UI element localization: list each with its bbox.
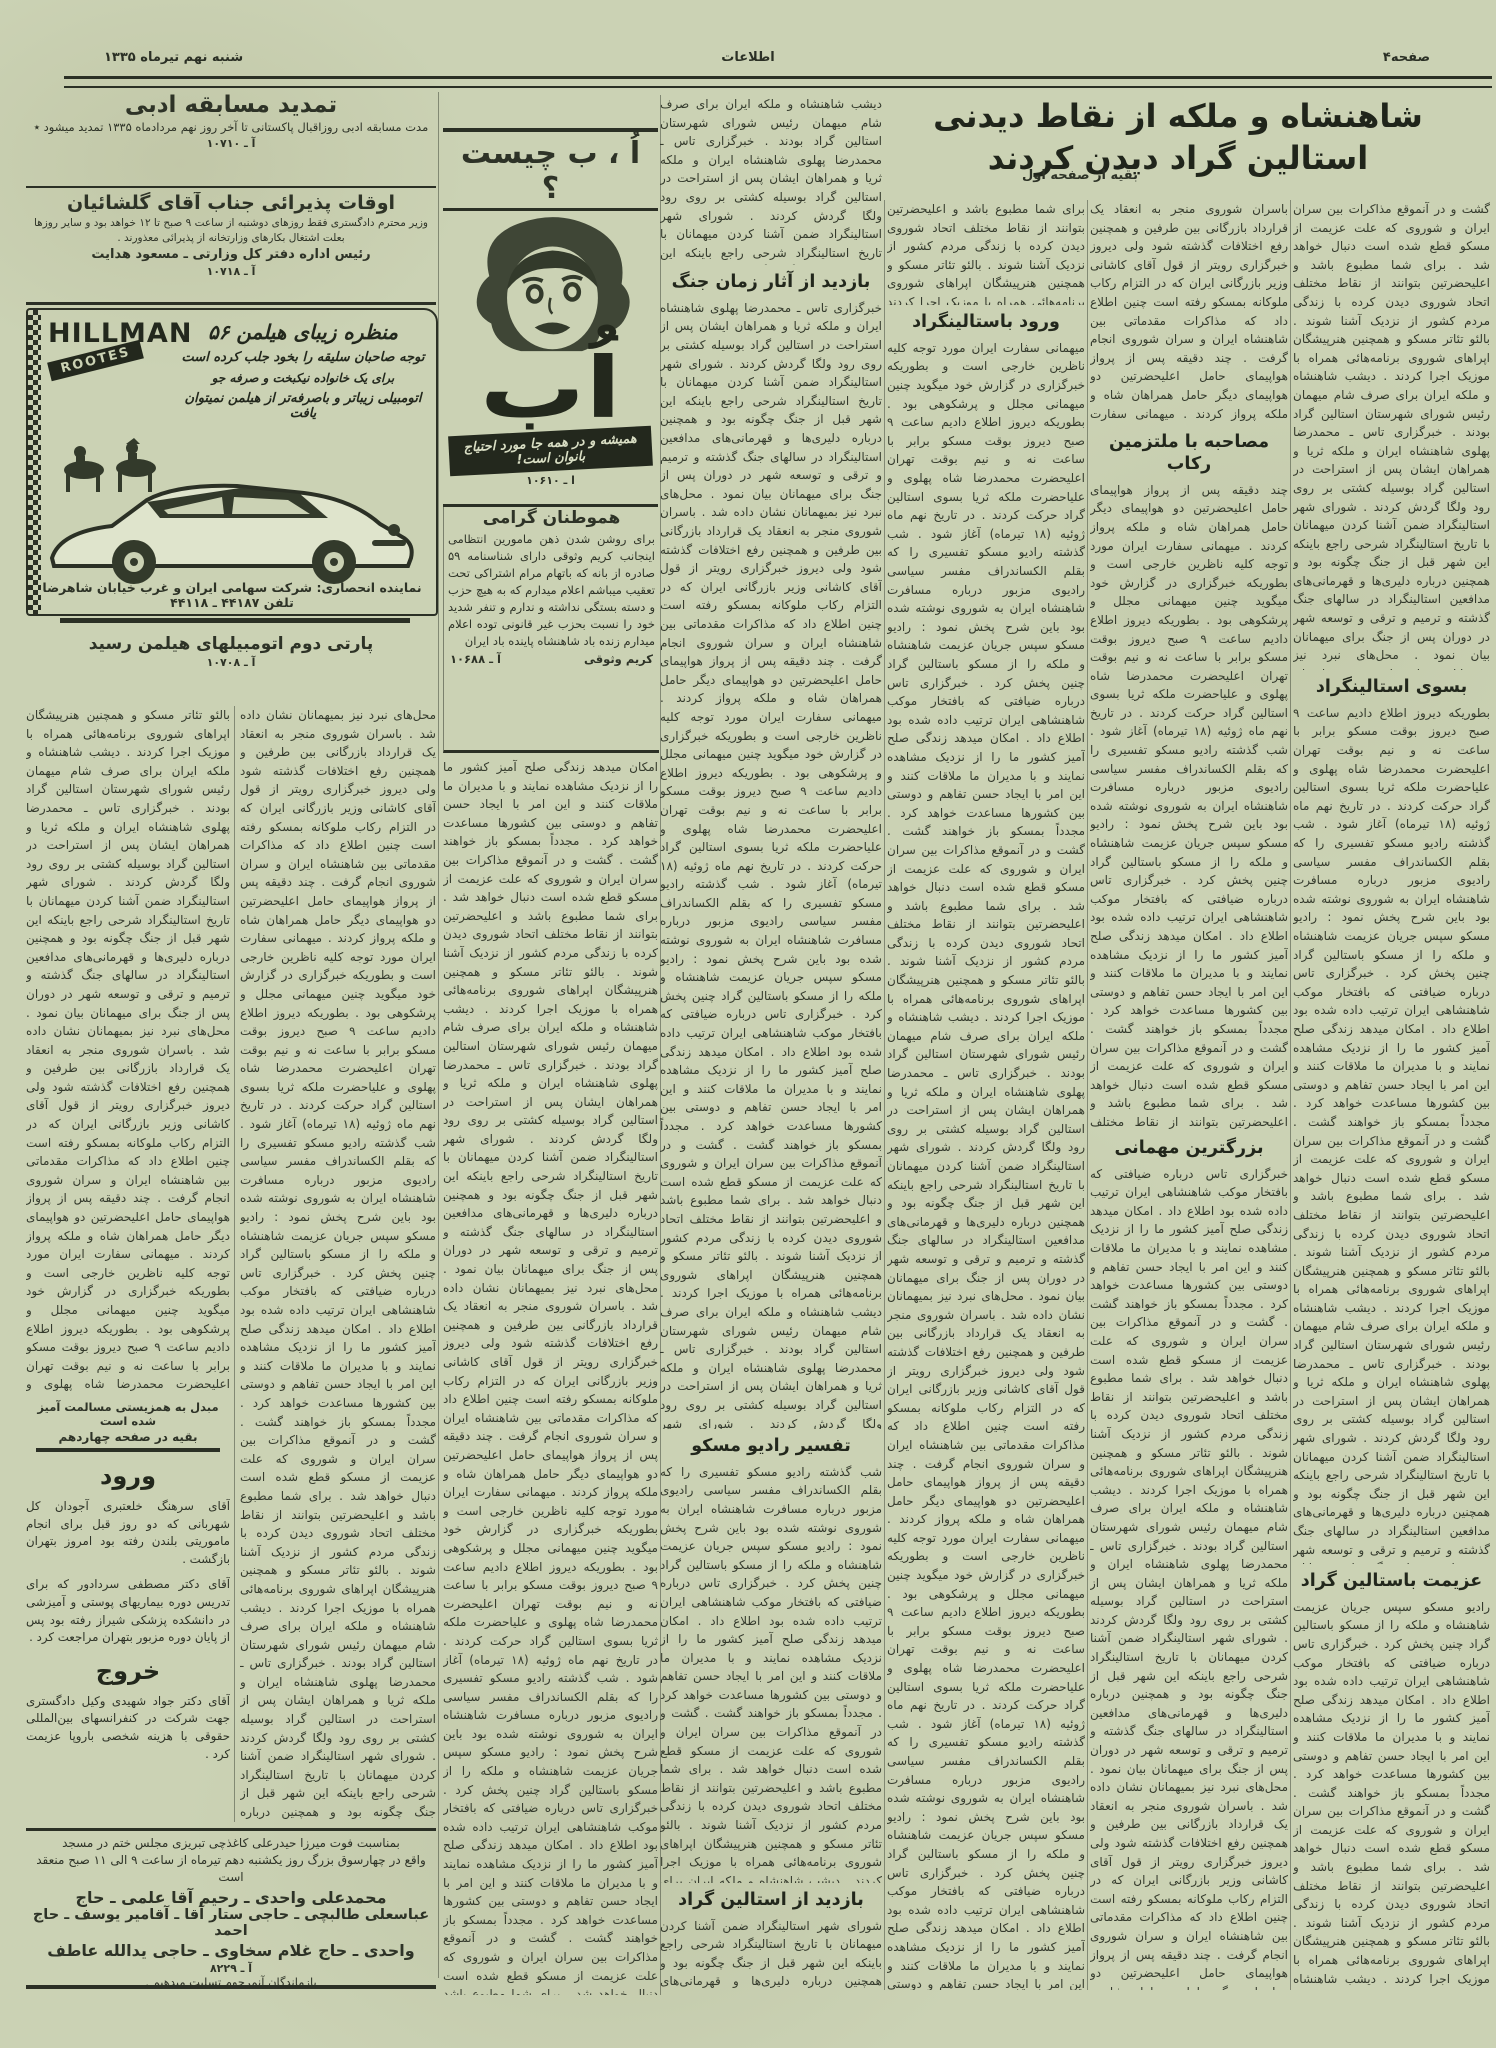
hillman-agent-line: نماینده انحصاری: شرکت سهامی ایران و غرب … bbox=[28, 580, 436, 610]
article-text: باسران شوروی منجر به انعقاد یک قرارداد ب… bbox=[1090, 200, 1288, 425]
departure-item: آقای دکتر جواد شهیدی وکیل دادگستری جهت ش… bbox=[26, 1693, 230, 1763]
obituary-names: عباسعلی طالبچی ـ حاجی ستار آقا ـ آقامیر … bbox=[26, 1907, 436, 1939]
article-text: برای شما مطبوع باشد و اعلیحضرتین بتوانند… bbox=[887, 200, 1085, 305]
article-text: گشت و در آنموقع مذاکرات بین سران ایران و… bbox=[1293, 200, 1490, 670]
section-heading-interview-entourage: مصاحبه با ملتزمین رکاب bbox=[1090, 432, 1288, 476]
article-text: شورای شهر استالینگراد ضمن آشنا کردن میهم… bbox=[660, 1917, 882, 1993]
obituary-line: واقع در چهارسوق بزرگ روز یکشنبه دهم تیرم… bbox=[26, 1852, 436, 1886]
article-text: دیشب شاهنشاه و ملکه ایران برای صرف شام م… bbox=[660, 95, 882, 265]
left-column-with-arrivals: بالئو تئاتر مسکو و همچنین هنرپیشگان اپرا… bbox=[26, 706, 230, 1822]
notice-signature: کریم وثوقی bbox=[584, 652, 653, 666]
left-column-text: بالئو تئاتر مسکو و همچنین هنرپیشگان اپرا… bbox=[26, 706, 230, 1396]
hillman-second-notice: پارتی دوم اتومبیلهای هیلمن رسید آ ـ ۱۰۷۰… bbox=[26, 634, 436, 698]
article-text: بطوریکه دیروز اطلاع دادیم ساعت ۹ صبح دیر… bbox=[1293, 704, 1490, 1564]
article-column-1: گشت و در آنموقع مذاکرات بین سران ایران و… bbox=[1293, 200, 1490, 1990]
reception-body: وزیر محترم دادگستری فقط روزهای دوشنبه از… bbox=[26, 216, 436, 246]
section-heading-radio-commentary: تفسیر رادیو مسکو bbox=[660, 1436, 882, 1458]
compatriots-notice: هموطنان گرامی برای روشن شدن ذهن مامورین … bbox=[443, 506, 659, 753]
article-column-3: برای شما مطبوع باشد و اعلیحضرتین بتوانند… bbox=[887, 200, 1085, 1990]
article-column-2: باسران شوروی منجر به انعقاد یک قرارداد ب… bbox=[1090, 200, 1288, 1990]
obituary-closing: بازماندگان آنمرحوم تسلیت میدهیم . bbox=[26, 1975, 436, 1989]
hillman-car-illustration bbox=[42, 466, 422, 584]
notice-body: برای روشن شدن ذهن مامورین انتظامی اینجان… bbox=[444, 531, 659, 650]
ob-ad-code: ا ـ ۱۰۶۱۰ bbox=[443, 474, 658, 487]
literary-contest-code: آ ـ ۱۰۷۱۰ bbox=[26, 137, 436, 150]
departures-heading: خروج bbox=[26, 1657, 230, 1685]
divider-rule bbox=[36, 1448, 220, 1452]
obituary-line: بمناسبت فوت میرزا حیدرعلی کاغذچی تبریزی … bbox=[26, 1835, 436, 1852]
article-text: خبرگزاری تاس ـ محمدرضا پهلوی شاهنشاه ایر… bbox=[660, 299, 882, 1429]
hillman-advertisement: HILLMAN ROOTES منظره زیبای هیلمن ۵۶ توجه… bbox=[26, 308, 438, 616]
obituary-notice: بمناسبت فوت میرزا حیدرعلی کاغذچی تبریزی … bbox=[26, 1828, 436, 1989]
article-text: امکان میدهد زندگی صلح آمیز کشور ما را از… bbox=[443, 758, 658, 1995]
issue-date: شنبه نهم تیرماه ۱۳۳۵ bbox=[104, 50, 243, 65]
column-rule bbox=[1087, 200, 1088, 1990]
reception-signature: رئیس اداره دفتر کل وزارتی ـ مسعود هدایت bbox=[26, 247, 436, 262]
main-headline: شاهنشاه و ملکه از نقاط دیدنی استالین گرا… bbox=[868, 96, 1488, 179]
article-text: رادیو مسکو سپس جریان عزیمت شاهنشاه و ملک… bbox=[1293, 1598, 1490, 1990]
section-heading-arrival-stalingrad: ورود باستالینگراد bbox=[887, 312, 1085, 334]
ob-ad-slogan: همیشه و در همه جا مورد احتیاج بانوان است… bbox=[448, 425, 653, 476]
hillman-slogan-3: برای یک خانواده نیکبخت و صرفه جو bbox=[178, 371, 428, 385]
notice-title: هموطنان گرامی bbox=[444, 508, 659, 528]
arrival-item: آقای دکتر مصطفی سردادور که برای تدریس دو… bbox=[26, 1576, 230, 1646]
article-text: شب گذشته رادیو مسکو تفسیری را که بقلم ال… bbox=[660, 1463, 882, 1883]
arrival-item: آقای سرهنگ خلعتبری آجودان کل شهربانی که … bbox=[26, 1498, 230, 1568]
reception-notice-ad: اوقات پذیرائی جناب آقای گلشائیان وزیر مح… bbox=[26, 192, 436, 305]
notice-code: آ ـ ۱۰۶۸۸ bbox=[450, 652, 501, 666]
hillman-second-code: آ ـ ۱۰۷۰۸ bbox=[26, 656, 436, 669]
section-heading-toward-stalingrad: بسوی استالینگراد bbox=[1293, 677, 1490, 699]
obituary-names: محمدعلی واحدی ـ رحیم آقا علمی ـ حاج bbox=[26, 1888, 436, 1907]
hillman-slogan-2: توجه صاحبان سلیقه را بخود جلب کرده است bbox=[178, 350, 428, 365]
section-heading-biggest-party: بزرگترین مهمانی bbox=[1090, 1138, 1288, 1160]
continued-on-page-note: بقیه در صفحه چهاردهم bbox=[26, 1430, 230, 1444]
reception-title: اوقات پذیرائی جناب آقای گلشائیان bbox=[26, 192, 436, 214]
article-column-4: دیشب شاهنشاه و ملکه ایران برای صرف شام م… bbox=[660, 95, 882, 1993]
section-heading-war-relics: بازدید از آثار زمان جنگ bbox=[660, 272, 882, 294]
literary-contest-ad: تمدید مسابقه ادبی مدت مسابقه ادبی روزاقب… bbox=[26, 92, 436, 188]
column-rule bbox=[1290, 200, 1291, 1990]
ob-ad-brand: اُب bbox=[443, 351, 658, 427]
article-text: میهمانی سفارت ایران مورد توجه کلیه ناظری… bbox=[887, 339, 1085, 1990]
left-column-text: محل‌های نبرد نیز بمیهمانان نشان داده شد … bbox=[240, 706, 436, 1822]
column-rule bbox=[438, 92, 439, 1978]
section-heading-stalingrad-visit: بازدید از استالین گراد bbox=[660, 1890, 882, 1912]
article-text: چند دقیقه پس از پرواز هواپیمای حامل اعلی… bbox=[1090, 481, 1288, 1131]
ob-ad-question: اُ ، ب چیست ؟ bbox=[443, 136, 658, 211]
ob-advertisement: اُ ، ب چیست ؟ اُب همیشه و در همه جا مورد… bbox=[443, 128, 658, 507]
column-rule bbox=[884, 200, 885, 1990]
section-heading-departure-to-stalingrad: عزیمت باستالین گراد bbox=[1293, 1571, 1490, 1593]
obituary-code: آ ـ ۸۲۲۹ bbox=[26, 1962, 436, 1975]
literary-contest-body: مدت مسابقه ادبی روزاقبال پاکستانی تا آخر… bbox=[26, 120, 436, 134]
article-text: خبرگزاری تاس درباره ضیافتی که بافتخار مو… bbox=[1090, 1165, 1288, 1990]
checkered-border bbox=[28, 310, 41, 614]
article-end-line: مبدل به همزیستی مسالمت آمیز شده است bbox=[26, 1400, 230, 1428]
continuation-note: بقیه از صفحه اول bbox=[870, 168, 1290, 183]
divider-rule bbox=[60, 618, 410, 623]
hillman-slogan-4: اتومبیلی زیباتر و باصرفه‌تر از هیلمن نمی… bbox=[178, 391, 428, 421]
newspaper-page: صفحه۴ اطلاعات شنبه نهم تیرماه ۱۳۳۵ شاهنش… bbox=[0, 0, 1496, 2048]
literary-contest-title: تمدید مسابقه ادبی bbox=[26, 92, 436, 118]
arrivals-heading: ورود bbox=[26, 1462, 230, 1490]
hillman-slogan-1: منظره زیبای هیلمن ۵۶ bbox=[178, 320, 428, 344]
reception-code: آ ـ ۱۰۷۱۸ bbox=[26, 265, 436, 278]
column-rule bbox=[234, 706, 235, 1822]
hillman-second-text: پارتی دوم اتومبیلهای هیلمن رسید bbox=[26, 634, 436, 654]
obituary-names: واحدی ـ حاج غلام سخاوی ـ حاجی یدالله عاط… bbox=[26, 1941, 436, 1960]
masthead-rule bbox=[64, 76, 1492, 88]
